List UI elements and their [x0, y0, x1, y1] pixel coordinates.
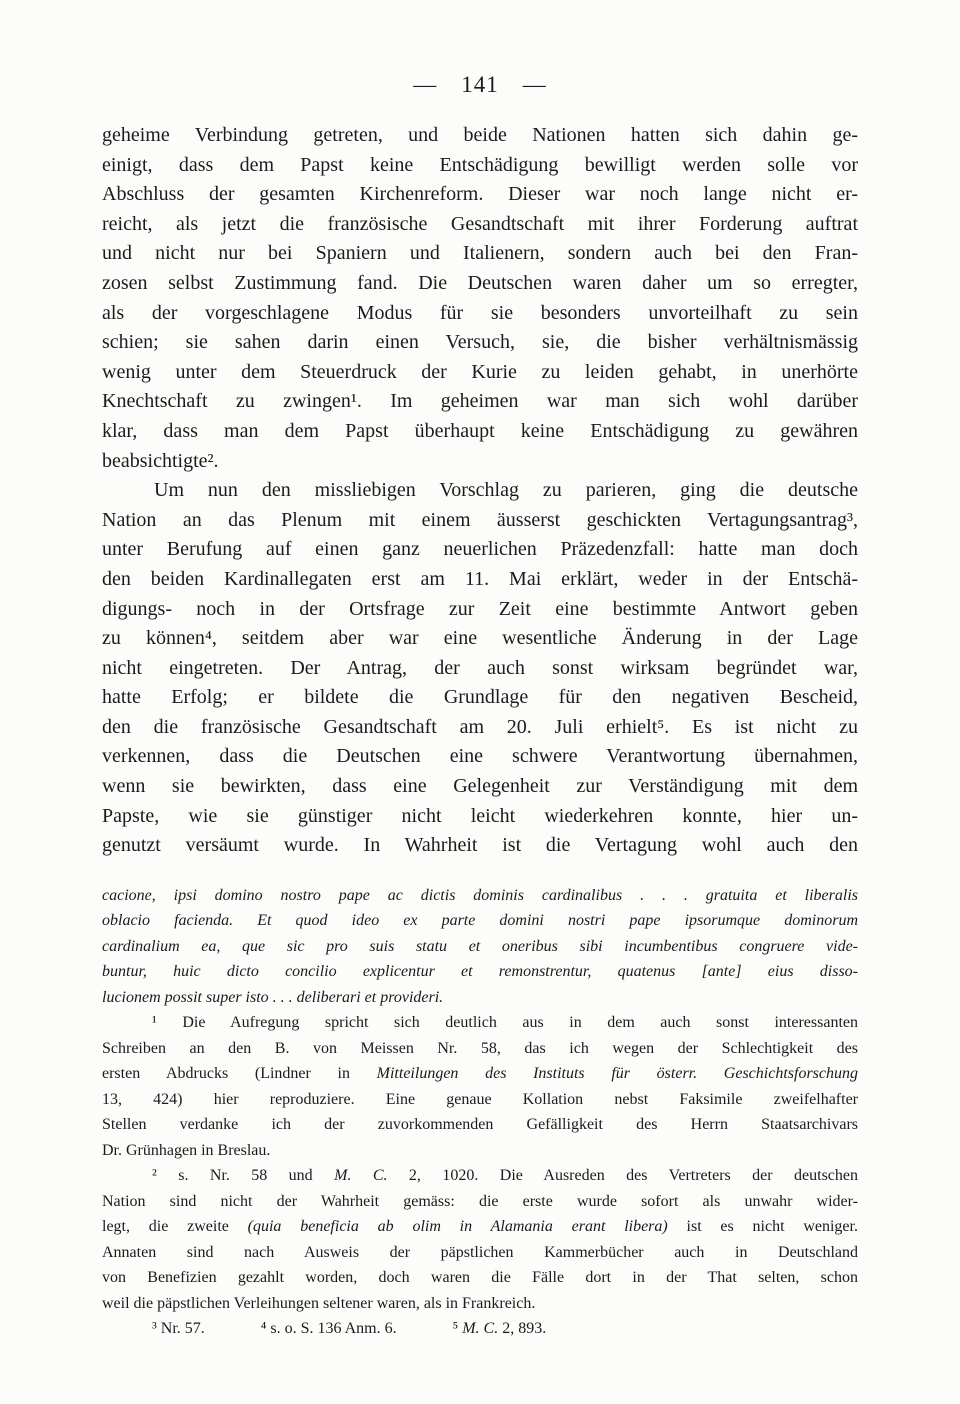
text-line: wenig unter dem Steuerdruck der Kurie zu…: [102, 358, 858, 388]
text-line: Knechtschaft zu zwingen¹. Im geheimen wa…: [102, 387, 858, 417]
text-line: weil die päpstlichen Verleihungen selten…: [102, 1291, 858, 1317]
text-segment: verkennen, dass die Deutschen eine schwe…: [102, 745, 858, 767]
italic-text-segment: M. C.: [462, 1320, 498, 1337]
text-segment: buntur, huic dicto concilio explicentur …: [102, 963, 858, 980]
text-line: Annaten sind nach Ausweis der päpstliche…: [102, 1240, 858, 1266]
text-segment: reicht, als jetzt die französische Gesan…: [102, 213, 858, 235]
text-line: klar, dass man dem Papst überhaupt keine…: [102, 417, 858, 447]
text-segment: zu können⁴, seitdem aber war eine wesent…: [102, 627, 858, 649]
text-line: Nation sind nicht der Wahrheit gemäss: d…: [102, 1189, 858, 1215]
text-line: zu können⁴, seitdem aber war eine wesent…: [102, 624, 858, 654]
text-segment: ist es nicht weniger.: [668, 1218, 858, 1235]
text-line: cardinalium ea, que sic pro suis statu e…: [102, 934, 858, 960]
text-line: Nation an das Plenum mit einem äusserst …: [102, 506, 858, 536]
text-segment: oblacio facienda. Et quod ideo ex parte …: [102, 912, 858, 929]
text-segment: lucionem possit super isto . . . deliber…: [102, 989, 443, 1006]
footnote-2: ² s. Nr. 58 und M. C. 2, 1020. Die Ausre…: [102, 1163, 858, 1316]
text-line: cacione, ipsi domino nostro pape ac dict…: [102, 883, 858, 909]
body-text: geheime Verbindung getreten, und beide N…: [102, 121, 858, 861]
text-line: wenn sie bewirkten, dass eine Gelegenhei…: [102, 772, 858, 802]
text-segment: Annaten sind nach Ausweis der päpstliche…: [102, 1244, 858, 1261]
text-segment: Papste, wie sie günstiger nicht leicht w…: [102, 805, 858, 827]
text-line: ² s. Nr. 58 und M. C. 2, 1020. Die Ausre…: [102, 1163, 858, 1189]
text-segment: Stellen verdanke ich der zuvorkommenden …: [102, 1116, 858, 1133]
text-line: den beiden Kardinallegaten erst am 11. M…: [102, 565, 858, 595]
text-line: einigt, dass dem Papst keine Entschädigu…: [102, 151, 858, 181]
footnote-continuation: cacione, ipsi domino nostro pape ac dict…: [102, 883, 858, 1011]
text-line: buntur, huic dicto concilio explicentur …: [102, 959, 858, 985]
text-line: den die französische Gesandtschaft am 20…: [102, 713, 858, 743]
italic-text-segment: (quia beneficia ab olim in Alamania eran…: [248, 1218, 668, 1235]
text-segment: den beiden Kardinallegaten erst am 11. M…: [102, 568, 858, 590]
text-line: hatte Erfolg; er bildete die Grundlage f…: [102, 683, 858, 713]
text-segment: wenn sie bewirkten, dass eine Gelegenhei…: [102, 775, 858, 797]
text-segment: als der vorgeschlagene Modus für sie bes…: [102, 302, 858, 324]
book-page: — 141 — geheime Verbindung getreten, und…: [0, 0, 960, 1404]
text-line: reicht, als jetzt die französische Gesan…: [102, 210, 858, 240]
footnote-refs: ³ Nr. 57. ⁴ s. o. S. 136 Anm. 6. ⁵ M. C.…: [102, 1316, 858, 1342]
text-segment: genutzt versäumt wurde. In Wahrheit ist …: [102, 834, 858, 856]
italic-text-segment: M. C.: [334, 1167, 387, 1184]
text-segment: ¹ Die Aufregung spricht sich deutlich au…: [152, 1014, 858, 1031]
text-segment: 2, 1020. Die Ausreden des Vertreters der…: [388, 1167, 858, 1184]
text-segment: nicht eingetreten. Der Antrag, der auch …: [102, 657, 858, 679]
text-segment: von Benefizien gezahlt worden, doch ware…: [102, 1269, 858, 1286]
text-line: zosen selbst Zustimmung fand. Die Deutsc…: [102, 269, 858, 299]
text-segment: ³ Nr. 57. ⁴ s. o. S. 136 Anm. 6. ⁵: [152, 1320, 462, 1337]
text-segment: 2, 893.: [498, 1320, 546, 1337]
text-segment: hatte Erfolg; er bildete die Grundlage f…: [102, 686, 858, 708]
text-line: ¹ Die Aufregung spricht sich deutlich au…: [102, 1010, 858, 1036]
text-segment: Nation sind nicht der Wahrheit gemäss: d…: [102, 1193, 858, 1210]
text-segment: cacione, ipsi domino nostro pape ac dict…: [102, 887, 858, 904]
text-segment: cardinalium ea, que sic pro suis statu e…: [102, 938, 858, 955]
text-line: oblacio facienda. Et quod ideo ex parte …: [102, 908, 858, 934]
text-segment: ersten Abdrucks (Lindner in: [102, 1065, 377, 1082]
text-segment: schien; sie sahen darin einen Versuch, s…: [102, 331, 858, 353]
text-line: Abschluss der gesamten Kirchenreform. Di…: [102, 180, 858, 210]
text-line: beabsichtigte².: [102, 447, 858, 477]
text-line: Stellen verdanke ich der zuvorkommenden …: [102, 1112, 858, 1138]
text-segment: beabsichtigte².: [102, 450, 219, 472]
text-line: Schreiben an den B. von Meissen Nr. 58, …: [102, 1036, 858, 1062]
text-segment: klar, dass man dem Papst überhaupt keine…: [102, 420, 858, 442]
text-segment: Knechtschaft zu zwingen¹. Im geheimen wa…: [102, 390, 858, 412]
text-segment: Nation an das Plenum mit einem äusserst …: [102, 509, 858, 531]
text-segment: 13, 424) hier reproduziere. Eine genaue …: [102, 1091, 858, 1108]
text-line: Um nun den missliebigen Vorschlag zu par…: [102, 476, 858, 506]
text-line: Dr. Grünhagen in Breslau.: [102, 1138, 858, 1164]
text-segment: Schreiben an den B. von Meissen Nr. 58, …: [102, 1040, 858, 1057]
text-line: nicht eingetreten. Der Antrag, der auch …: [102, 654, 858, 684]
page-number: — 141 —: [0, 72, 960, 98]
text-line: als der vorgeschlagene Modus für sie bes…: [102, 299, 858, 329]
text-line: von Benefizien gezahlt worden, doch ware…: [102, 1265, 858, 1291]
text-segment: ² s. Nr. 58 und: [152, 1167, 334, 1184]
text-segment: Um nun den missliebigen Vorschlag zu par…: [154, 479, 858, 501]
text-line: Papste, wie sie günstiger nicht leicht w…: [102, 802, 858, 832]
text-segment: und nicht nur bei Spaniern und Italiener…: [102, 242, 858, 264]
text-segment: Dr. Grünhagen in Breslau.: [102, 1142, 270, 1159]
text-line: digungs- noch in der Ortsfrage zur Zeit …: [102, 595, 858, 625]
text-segment: wenig unter dem Steuerdruck der Kurie zu…: [102, 361, 858, 383]
text-line: ³ Nr. 57. ⁴ s. o. S. 136 Anm. 6. ⁵ M. C.…: [102, 1316, 858, 1342]
text-line: schien; sie sahen darin einen Versuch, s…: [102, 328, 858, 358]
text-segment: einigt, dass dem Papst keine Entschädigu…: [102, 154, 858, 176]
text-content: geheime Verbindung getreten, und beide N…: [102, 121, 858, 1342]
text-segment: unter Berufung auf einen ganz neuerliche…: [102, 538, 858, 560]
text-segment: den die französische Gesandtschaft am 20…: [102, 716, 858, 738]
text-segment: geheime Verbindung getreten, und beide N…: [102, 124, 858, 146]
text-segment: zosen selbst Zustimmung fand. Die Deutsc…: [102, 272, 858, 294]
text-line: legt, die zweite (quia beneficia ab olim…: [102, 1214, 858, 1240]
text-segment: weil die päpstlichen Verleihungen selten…: [102, 1295, 535, 1312]
text-line: unter Berufung auf einen ganz neuerliche…: [102, 535, 858, 565]
text-line: 13, 424) hier reproduziere. Eine genaue …: [102, 1087, 858, 1113]
text-line: und nicht nur bei Spaniern und Italiener…: [102, 239, 858, 269]
text-segment: legt, die zweite: [102, 1218, 248, 1235]
text-segment: Abschluss der gesamten Kirchenreform. Di…: [102, 183, 858, 205]
text-line: ersten Abdrucks (Lindner in Mitteilungen…: [102, 1061, 858, 1087]
text-line: lucionem possit super isto . . . deliber…: [102, 985, 858, 1011]
text-line: genutzt versäumt wurde. In Wahrheit ist …: [102, 831, 858, 861]
italic-text-segment: Mitteilungen des Instituts für österr. G…: [377, 1065, 858, 1082]
text-line: verkennen, dass die Deutschen eine schwe…: [102, 742, 858, 772]
text-segment: digungs- noch in der Ortsfrage zur Zeit …: [102, 598, 858, 620]
footnote-1: ¹ Die Aufregung spricht sich deutlich au…: [102, 1010, 858, 1163]
text-line: geheime Verbindung getreten, und beide N…: [102, 121, 858, 151]
